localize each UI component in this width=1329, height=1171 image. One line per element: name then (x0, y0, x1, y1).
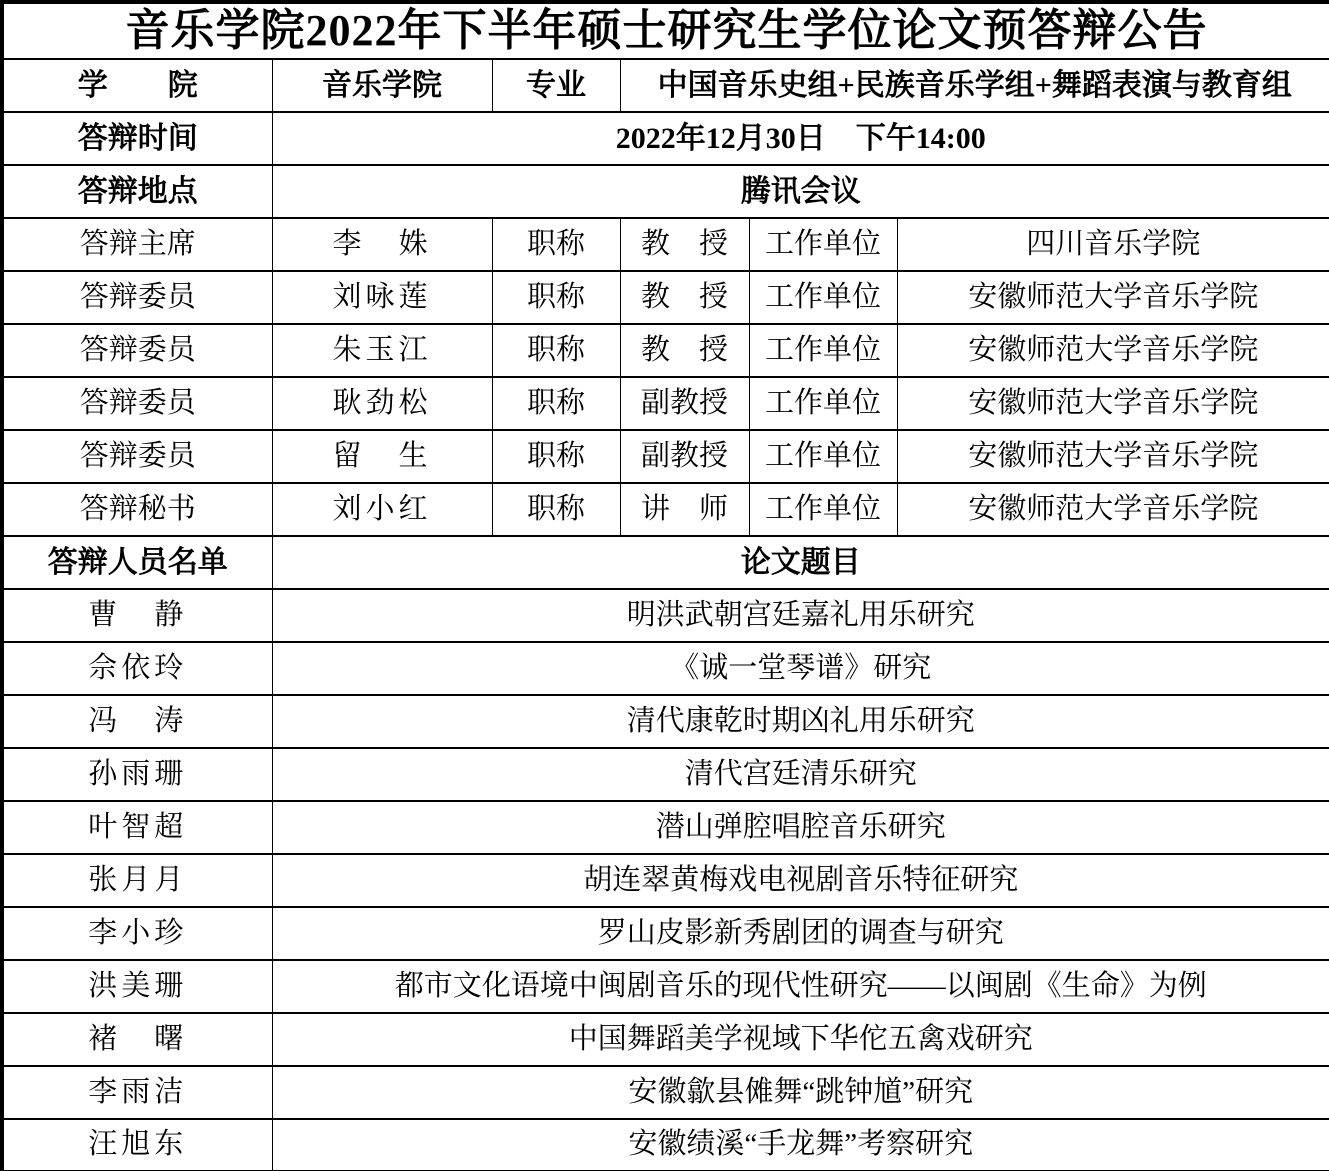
defense-venue-label-cell: 答辩地点 (2, 165, 272, 218)
major-label-cell: 专业 (492, 59, 620, 112)
student-name-cell: 张月月 (2, 854, 272, 907)
student-row: 佘依玲 《诚一堂琴谱》研究 (2, 642, 1329, 695)
student-row: 叶智超 潜山弹腔唱腔音乐研究 (2, 801, 1329, 854)
defense-time-value-cell: 2022年12月30日 下午14:00 (272, 112, 1329, 165)
role-cell: 答辩委员 (2, 377, 272, 430)
role-cell: 答辩委员 (2, 271, 272, 324)
title-label-cell: 职称 (492, 483, 620, 536)
thesis-title-cell: 明洪武朝宫廷嘉礼用乐研究 (272, 589, 1329, 642)
thesis-title-cell: 安徽绩溪“手龙舞”考察研究 (272, 1119, 1329, 1171)
committee-row-member: 答辩委员 刘咏莲 职称 教 授 工作单位 安徽师范大学音乐学院 (2, 271, 1329, 324)
student-row: 褚 曙 中国舞蹈美学视域下华佗五禽戏研究 (2, 1013, 1329, 1066)
workplace-value-cell: 四川音乐学院 (897, 218, 1329, 271)
thesis-title-cell: 安徽歙县傩舞“跳钟馗”研究 (272, 1066, 1329, 1119)
member-name-cell: 耿劲松 (272, 377, 492, 430)
student-name-cell: 佘依玲 (2, 642, 272, 695)
role-cell: 答辩委员 (2, 430, 272, 483)
committee-row-member: 答辩委员 耿劲松 职称 副教授 工作单位 安徽师范大学音乐学院 (2, 377, 1329, 430)
thesis-title-cell: 清代康乾时期凶礼用乐研究 (272, 695, 1329, 748)
committee-row-member: 答辩委员 朱玉江 职称 教 授 工作单位 安徽师范大学音乐学院 (2, 324, 1329, 377)
school-value-cell: 音乐学院 (272, 59, 492, 112)
thesis-title-cell: 清代宫廷清乐研究 (272, 748, 1329, 801)
title-label-cell: 职称 (492, 430, 620, 483)
title-value-cell: 教 授 (620, 271, 749, 324)
page-title: 音乐学院2022年下半年硕士研究生学位论文预答辩公告 (2, 2, 1329, 59)
student-row: 李小珍 罗山皮影新秀剧团的调查与研究 (2, 907, 1329, 960)
role-cell: 答辩委员 (2, 324, 272, 377)
student-name-cell: 叶智超 (2, 801, 272, 854)
workplace-value-cell: 安徽师范大学音乐学院 (897, 377, 1329, 430)
committee-row-chair: 答辩主席 李 姝 职称 教 授 工作单位 四川音乐学院 (2, 218, 1329, 271)
student-name-cell: 褚 曙 (2, 1013, 272, 1066)
workplace-value-cell: 安徽师范大学音乐学院 (897, 483, 1329, 536)
member-name-cell: 刘小红 (272, 483, 492, 536)
member-name-cell: 留 生 (272, 430, 492, 483)
committee-row-member: 答辩委员 留 生 职称 副教授 工作单位 安徽师范大学音乐学院 (2, 430, 1329, 483)
member-name-cell: 朱玉江 (272, 324, 492, 377)
students-name-header-cell: 答辩人员名单 (2, 536, 272, 589)
member-name-cell: 李 姝 (272, 218, 492, 271)
workplace-label-cell: 工作单位 (749, 483, 897, 536)
defense-time-row: 答辩时间 2022年12月30日 下午14:00 (2, 112, 1329, 165)
defense-venue-value-cell: 腾讯会议 (272, 165, 1329, 218)
student-name-cell: 曹 静 (2, 589, 272, 642)
defense-venue-row: 答辩地点 腾讯会议 (2, 165, 1329, 218)
title-value-cell: 教 授 (620, 324, 749, 377)
student-row: 曹 静 明洪武朝宫廷嘉礼用乐研究 (2, 589, 1329, 642)
students-header-row: 答辩人员名单 论文题目 (2, 536, 1329, 589)
student-row: 汪旭东 安徽绩溪“手龙舞”考察研究 (2, 1119, 1329, 1171)
role-cell: 答辩主席 (2, 218, 272, 271)
thesis-title-cell: 中国舞蹈美学视域下华佗五禽戏研究 (272, 1013, 1329, 1066)
school-major-row: 学 院 音乐学院 专业 中国音乐史组+民族音乐学组+舞蹈表演与教育组 (2, 59, 1329, 112)
defense-time-label-cell: 答辩时间 (2, 112, 272, 165)
student-row: 洪美珊 都市文化语境中闽剧音乐的现代性研究——以闽剧《生命》为例 (2, 960, 1329, 1013)
role-cell: 答辩秘书 (2, 483, 272, 536)
title-label-cell: 职称 (492, 271, 620, 324)
student-name-cell: 冯 涛 (2, 695, 272, 748)
student-row: 张月月 胡连翠黄梅戏电视剧音乐特征研究 (2, 854, 1329, 907)
thesis-title-cell: 罗山皮影新秀剧团的调查与研究 (272, 907, 1329, 960)
title-label-cell: 职称 (492, 218, 620, 271)
workplace-value-cell: 安徽师范大学音乐学院 (897, 324, 1329, 377)
student-name-cell: 李雨洁 (2, 1066, 272, 1119)
title-label-cell: 职称 (492, 324, 620, 377)
committee-row-secretary: 答辩秘书 刘小红 职称 讲 师 工作单位 安徽师范大学音乐学院 (2, 483, 1329, 536)
title-value-cell: 讲 师 (620, 483, 749, 536)
major-value-cell: 中国音乐史组+民族音乐学组+舞蹈表演与教育组 (620, 59, 1329, 112)
student-name-cell: 李小珍 (2, 907, 272, 960)
workplace-label-cell: 工作单位 (749, 324, 897, 377)
title-value-cell: 副教授 (620, 377, 749, 430)
workplace-label-cell: 工作单位 (749, 218, 897, 271)
workplace-label-cell: 工作单位 (749, 271, 897, 324)
workplace-label-cell: 工作单位 (749, 430, 897, 483)
student-row: 孙雨珊 清代宫廷清乐研究 (2, 748, 1329, 801)
student-name-cell: 洪美珊 (2, 960, 272, 1013)
student-name-cell: 孙雨珊 (2, 748, 272, 801)
thesis-title-header-cell: 论文题目 (272, 536, 1329, 589)
school-label-cell: 学 院 (2, 59, 272, 112)
workplace-value-cell: 安徽师范大学音乐学院 (897, 271, 1329, 324)
thesis-title-cell: 潜山弹腔唱腔音乐研究 (272, 801, 1329, 854)
student-name-cell: 汪旭东 (2, 1119, 272, 1171)
workplace-label-cell: 工作单位 (749, 377, 897, 430)
title-row: 音乐学院2022年下半年硕士研究生学位论文预答辩公告 (2, 2, 1329, 59)
thesis-title-cell: 都市文化语境中闽剧音乐的现代性研究——以闽剧《生命》为例 (272, 960, 1329, 1013)
title-value-cell: 教 授 (620, 218, 749, 271)
workplace-value-cell: 安徽师范大学音乐学院 (897, 430, 1329, 483)
student-row: 李雨洁 安徽歙县傩舞“跳钟馗”研究 (2, 1066, 1329, 1119)
member-name-cell: 刘咏莲 (272, 271, 492, 324)
thesis-title-cell: 《诚一堂琴谱》研究 (272, 642, 1329, 695)
thesis-title-cell: 胡连翠黄梅戏电视剧音乐特征研究 (272, 854, 1329, 907)
title-value-cell: 副教授 (620, 430, 749, 483)
student-row: 冯 涛 清代康乾时期凶礼用乐研究 (2, 695, 1329, 748)
title-label-cell: 职称 (492, 377, 620, 430)
announcement-table: 音乐学院2022年下半年硕士研究生学位论文预答辩公告 学 院 音乐学院 专业 中… (0, 0, 1329, 1171)
